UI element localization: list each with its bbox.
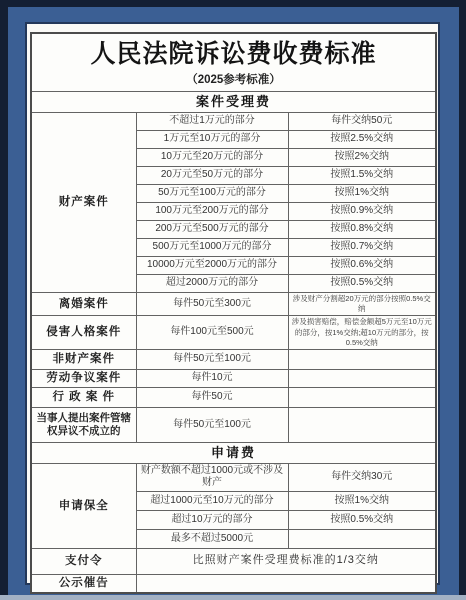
tier-fee-cell	[288, 529, 436, 548]
jurisdiction-case-label: 当事人提出案件管辖权异议不成立的	[31, 407, 136, 442]
application-fee-header: 申请费	[31, 442, 436, 463]
divorce-case-label: 离婚案件	[31, 293, 136, 316]
table-row: 财产案件 不超过1万元的部分 每件交纳50元	[31, 113, 436, 131]
admin-case-label: 行 政 案 件	[31, 387, 136, 407]
title-row: 人民法院诉讼费收费标准 （2025参考标准）	[31, 33, 436, 92]
empty-cell	[288, 369, 436, 387]
section-header-row: 案件受理费	[31, 92, 436, 113]
tier-range-cell: 200万元至500万元的部分	[136, 221, 288, 239]
public-notice-note-cell	[136, 574, 436, 593]
tier-fee-cell: 按照1%交纳	[288, 491, 436, 510]
tier-range-cell: 超过10万元的部分	[136, 510, 288, 529]
nonproperty-fee-cell: 每件50元至100元	[136, 349, 288, 369]
tier-fee-cell: 按照2%交纳	[288, 149, 436, 167]
payment-order-note-cell: 比照财产案件受理费标准的1/3交纳	[136, 548, 436, 574]
divorce-note-cell: 涉及财产分割超20万元的部分按照0.5%交纳	[288, 293, 436, 316]
tier-range-cell: 超过2000万元的部分	[136, 275, 288, 293]
property-case-label: 财产案件	[31, 113, 136, 293]
tier-range-cell: 财产数额不超过1000元或不涉及财产	[136, 463, 288, 491]
document-page: 人民法院诉讼费收费标准 （2025参考标准） 案件受理费 财产案件 不超过1万元…	[27, 24, 438, 583]
labor-fee-cell: 每件10元	[136, 369, 288, 387]
empty-cell	[288, 387, 436, 407]
personality-fee-cell: 每件100元至500元	[136, 316, 288, 349]
photo-frame: 人民法院诉讼费收费标准 （2025参考标准） 案件受理费 财产案件 不超过1万元…	[0, 0, 466, 600]
tier-range-cell: 超过1000元至10万元的部分	[136, 491, 288, 510]
preservation-label: 申请保全	[31, 463, 136, 548]
table-row: 劳动争议案件 每件10元	[31, 369, 436, 387]
table-row: 申请保全 财产数额不超过1000元或不涉及财产 每件交纳30元	[31, 463, 436, 491]
payment-order-label: 支付令	[31, 548, 136, 574]
tier-range-cell: 不超过1万元的部分	[136, 113, 288, 131]
title-cell: 人民法院诉讼费收费标准 （2025参考标准）	[31, 33, 436, 92]
tier-fee-cell: 按照1%交纳	[288, 185, 436, 203]
tier-range-cell: 最多不超过5000元	[136, 529, 288, 548]
table-row: 行 政 案 件 每件50元	[31, 387, 436, 407]
tier-range-cell: 100万元至200万元的部分	[136, 203, 288, 221]
nonproperty-case-label: 非财产案件	[31, 349, 136, 369]
tier-fee-cell: 按照1.5%交纳	[288, 167, 436, 185]
table-row: 非财产案件 每件50元至100元	[31, 349, 436, 369]
page-subtitle: （2025参考标准）	[32, 73, 435, 87]
empty-cell	[288, 407, 436, 442]
fee-table: 人民法院诉讼费收费标准 （2025参考标准） 案件受理费 财产案件 不超过1万元…	[30, 32, 437, 594]
personality-case-label: 侵害人格案件	[31, 316, 136, 349]
tier-fee-cell: 按照0.6%交纳	[288, 257, 436, 275]
photo-edge-strip	[0, 595, 466, 600]
tier-fee-cell: 按照0.9%交纳	[288, 203, 436, 221]
labor-case-label: 劳动争议案件	[31, 369, 136, 387]
table-row: 离婚案件 每件50元至300元 涉及财产分割超20万元的部分按照0.5%交纳	[31, 293, 436, 316]
tier-range-cell: 20万元至50万元的部分	[136, 167, 288, 185]
jurisdiction-fee-cell: 每件50元至100元	[136, 407, 288, 442]
tier-range-cell: 500万元至1000万元的部分	[136, 239, 288, 257]
tier-fee-cell: 按照0.5%交纳	[288, 510, 436, 529]
empty-cell	[288, 349, 436, 369]
table-row: 支付令 比照财产案件受理费标准的1/3交纳	[31, 548, 436, 574]
tier-fee-cell: 按照0.8%交纳	[288, 221, 436, 239]
tier-fee-cell: 每件交纳50元	[288, 113, 436, 131]
divorce-fee-cell: 每件50元至300元	[136, 293, 288, 316]
tier-fee-cell: 按照0.7%交纳	[288, 239, 436, 257]
acceptance-fee-header: 案件受理费	[31, 92, 436, 113]
tier-range-cell: 10000万元至2000万元的部分	[136, 257, 288, 275]
personality-note-cell: 涉及损害赔偿，赔偿金额超5万元至10万元的部分，按1%交纳;超10万元的部分，按…	[288, 316, 436, 349]
section-header-row: 申请费	[31, 442, 436, 463]
table-row: 公示催告	[31, 574, 436, 593]
table-row: 侵害人格案件 每件100元至500元 涉及损害赔偿，赔偿金额超5万元至10万元的…	[31, 316, 436, 349]
tier-range-cell: 50万元至100万元的部分	[136, 185, 288, 203]
tier-range-cell: 1万元至10万元的部分	[136, 131, 288, 149]
tier-fee-cell: 按照2.5%交纳	[288, 131, 436, 149]
tier-range-cell: 10万元至20万元的部分	[136, 149, 288, 167]
tier-fee-cell: 按照0.5%交纳	[288, 275, 436, 293]
admin-fee-cell: 每件50元	[136, 387, 288, 407]
table-row: 当事人提出案件管辖权异议不成立的 每件50元至100元	[31, 407, 436, 442]
page-title: 人民法院诉讼费收费标准	[32, 40, 435, 69]
tier-fee-cell: 每件交纳30元	[288, 463, 436, 491]
public-notice-label: 公示催告	[31, 574, 136, 593]
